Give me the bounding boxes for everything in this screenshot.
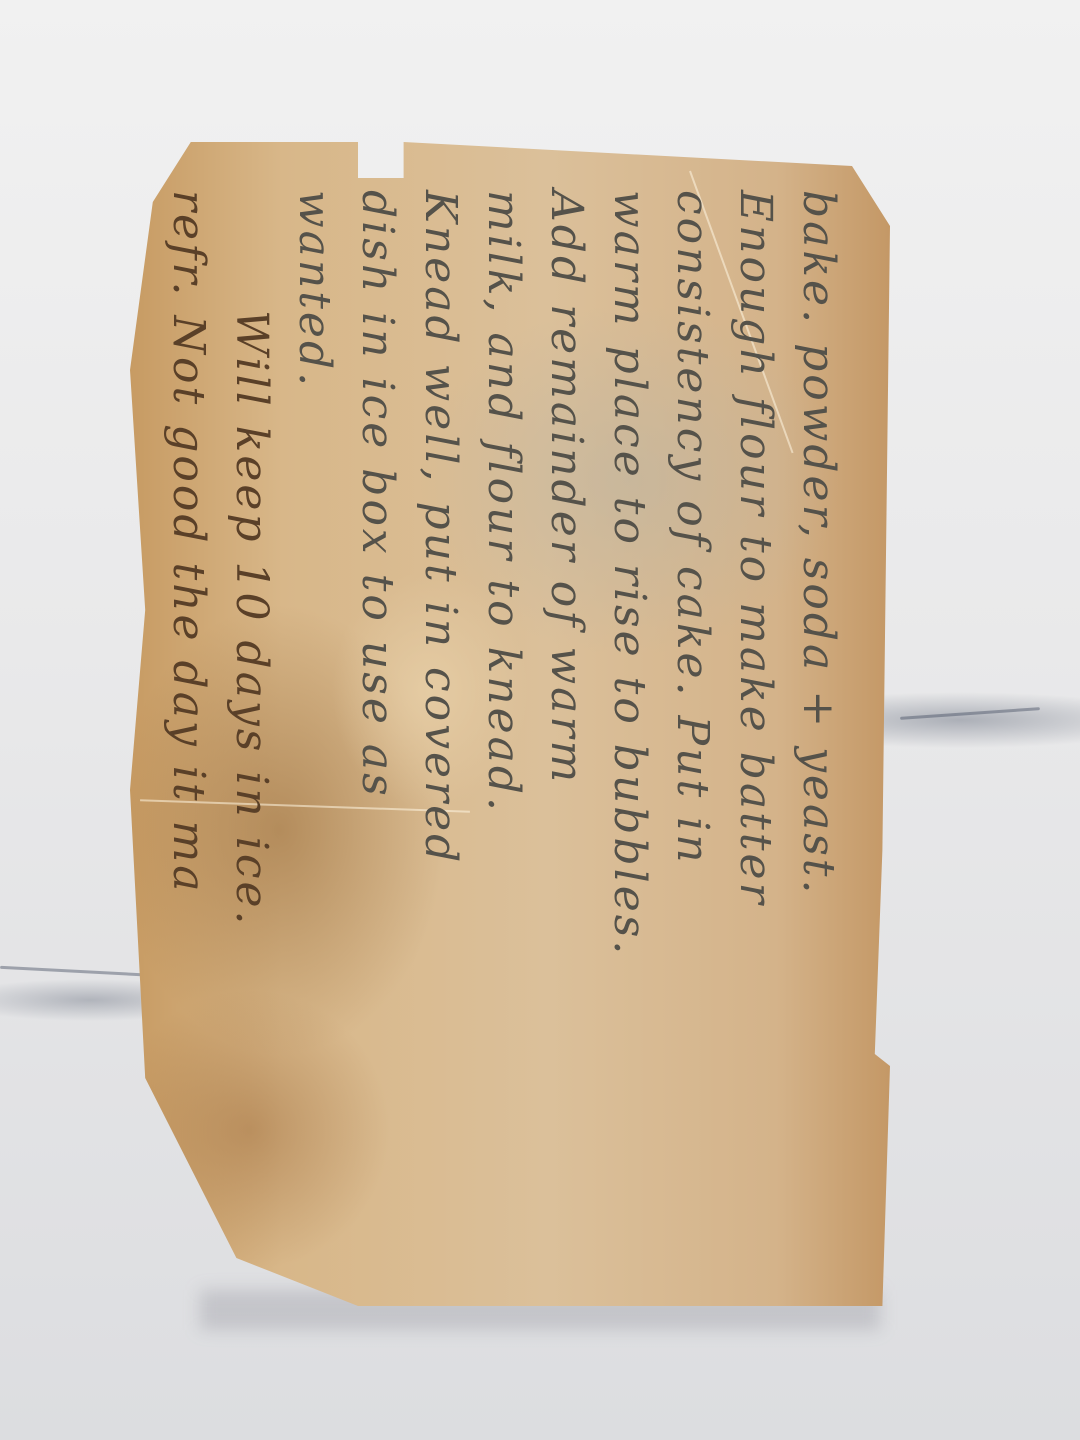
recipe-line-10: Will keep 10 days in ice. — [220, 190, 283, 1270]
recipe-line-4: warm place to rise to bubbles. — [598, 190, 661, 1270]
recipe-line-9: wanted. — [283, 190, 346, 1270]
recipe-line-5: Add remainder of warm — [535, 190, 598, 1270]
recipe-line-6: milk, and flour to knead. — [472, 190, 535, 1270]
recipe-line-3: consistency of cake. Put in — [661, 190, 724, 1270]
recipe-line-11: refr. Not good the day it ma — [157, 190, 220, 1270]
recipe-line-1: bake. powder, soda + yeast. — [787, 190, 850, 1270]
recipe-line-2: Enough flour to make batter — [724, 190, 787, 1270]
recipe-line-8: dish in ice box to use as — [346, 190, 409, 1270]
recipe-text: bake. powder, soda + yeast. Enough flour… — [160, 170, 860, 1290]
recipe-line-7: Knead well, put in covered — [409, 190, 472, 1270]
card-text-area: bake. powder, soda + yeast. Enough flour… — [130, 130, 890, 1330]
marble-vein — [900, 707, 1040, 720]
